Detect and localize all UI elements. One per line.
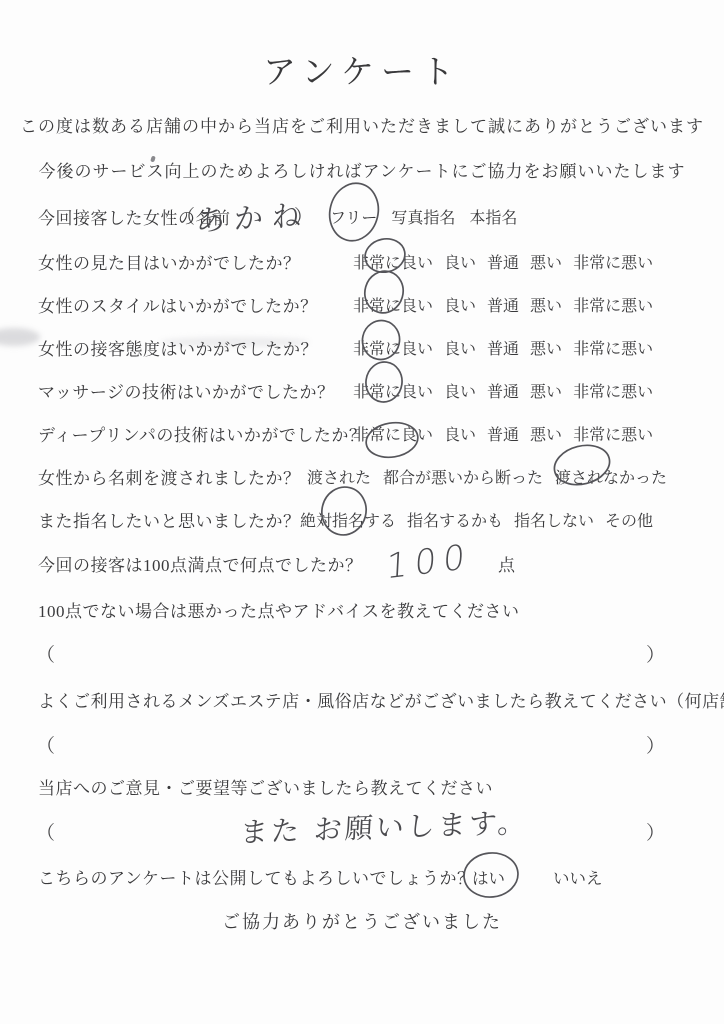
option-good: 良い bbox=[444, 293, 476, 316]
question-appearance: 女性の見た目はいかがでしたか？ bbox=[38, 249, 301, 274]
advice-question-label: 100点でない場合は悪かった点やアドバイスを教えてください bbox=[38, 597, 520, 622]
option-no: いいえ bbox=[553, 865, 603, 889]
option-good: 良い bbox=[444, 422, 476, 445]
option-normal: 普通 bbox=[487, 422, 519, 445]
option-photo-nomination: 写真指名 bbox=[391, 205, 455, 228]
page-title: アンケート bbox=[0, 46, 724, 93]
intro-line-1: この度は数ある店舗の中から当店をご利用いただきまして誠にありがとうございます bbox=[0, 112, 724, 137]
question-repeat-nomination: また指名したいと思いましたか？ bbox=[38, 507, 301, 532]
option-normal: 普通 bbox=[487, 293, 519, 316]
circle-annotation-publish bbox=[459, 848, 524, 902]
advice-paren-open: （ bbox=[36, 640, 55, 667]
question-massage-skill: マッサージの技術はいかがでしたか？ bbox=[38, 378, 334, 403]
option-declined: 都合が悪いから断った bbox=[383, 465, 543, 488]
option-regular-nomination: 本指名 bbox=[469, 205, 517, 228]
option-other: その他 bbox=[605, 508, 653, 531]
option-not-nominate: 指名しない bbox=[514, 508, 594, 531]
option-very-bad: 非常に悪い bbox=[573, 336, 653, 359]
question-deep-lymph-skill: ディープリンパの技術はいかがでしたか？ bbox=[38, 421, 366, 446]
opinion-paren-open: （ bbox=[36, 818, 55, 845]
opinion-question-label: 当店へのご意見・ご要望等ございましたら教えてください bbox=[38, 774, 493, 799]
circle-annotation-repeat bbox=[314, 481, 375, 542]
circle-annotation-q3 bbox=[356, 315, 406, 365]
intro-line-2: 今後のサービス向上のためよろしければアンケートにご協力をお願いいたします bbox=[0, 157, 724, 182]
question-score: 今回の接客は100点満点で何点でしたか？ bbox=[38, 551, 363, 576]
option-very-bad: 非常に悪い bbox=[573, 379, 653, 402]
shops-paren-open: （ bbox=[36, 731, 55, 758]
shops-paren-close: ） bbox=[646, 731, 665, 758]
option-good: 良い bbox=[444, 250, 476, 273]
option-bad: 悪い bbox=[530, 293, 562, 316]
option-very-bad: 非常に悪い bbox=[573, 293, 653, 316]
scan-smudge-left bbox=[0, 328, 40, 346]
question-business-card: 女性から名刺を渡されましたか？ bbox=[38, 464, 301, 489]
option-normal: 普通 bbox=[487, 336, 519, 359]
handwritten-comment: また お願いします。 bbox=[239, 801, 530, 851]
option-bad: 悪い bbox=[530, 250, 562, 273]
scanned-survey-page: アンケート この度は数ある店舗の中から当店をご利用いただきまして誠にありがとうご… bbox=[0, 0, 724, 1024]
question-style: 女性のスタイルはいかがでしたか？ bbox=[38, 292, 318, 317]
advice-paren-close: ） bbox=[646, 640, 665, 667]
option-bad: 悪い bbox=[530, 422, 562, 445]
option-bad: 悪い bbox=[530, 336, 562, 359]
opinion-paren-close: ） bbox=[646, 818, 665, 845]
option-normal: 普通 bbox=[487, 250, 519, 273]
option-very-bad: 非常に悪い bbox=[573, 250, 653, 273]
option-bad: 悪い bbox=[530, 379, 562, 402]
score-unit: 点 bbox=[498, 551, 516, 576]
option-good: 良い bbox=[444, 379, 476, 402]
closing-thanks: ご協力ありがとうございました bbox=[0, 908, 724, 934]
question-service-attitude: 女性の接客態度はいかがでしたか？ bbox=[38, 335, 318, 360]
option-maybe-nominate: 指名するかも bbox=[407, 508, 503, 531]
circle-annotation-q5 bbox=[361, 417, 422, 463]
handwritten-score: 100 bbox=[385, 536, 472, 587]
circle-annotation-q4 bbox=[360, 358, 407, 405]
name-paren-close: ） bbox=[294, 202, 313, 229]
other-shops-question-label: よくご利用されるメンズエステ店・風俗店などがございましたら教えてください（何店舗… bbox=[38, 687, 724, 712]
option-normal: 普通 bbox=[487, 379, 519, 402]
option-good: 良い bbox=[444, 336, 476, 359]
question-publish: こちらのアンケートは公開してもよろしいでしょうか？ bbox=[38, 864, 474, 889]
name-paren-open: （ bbox=[176, 202, 195, 229]
